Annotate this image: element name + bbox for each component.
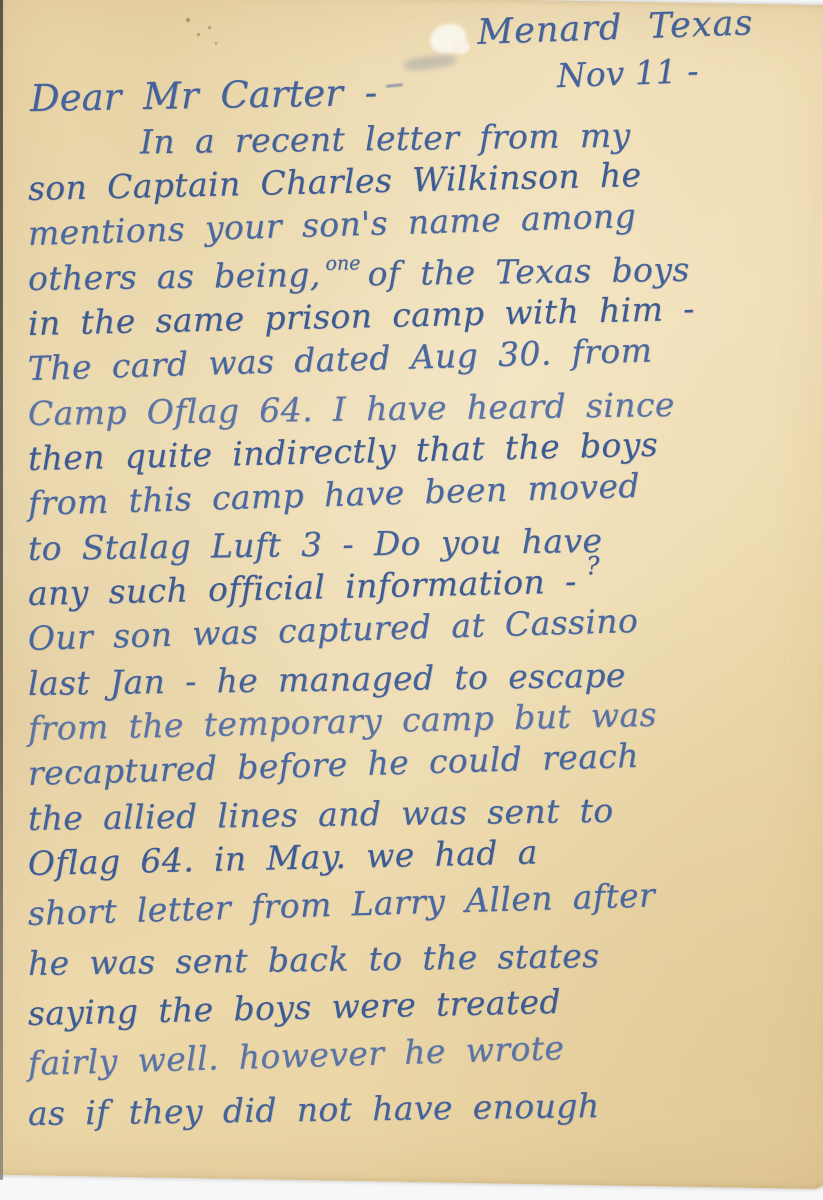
- line-text: of the Texas boys: [367, 250, 690, 293]
- line-text: others as being,: [28, 255, 321, 298]
- letter-salutation: Dear Mr Carter -: [30, 71, 378, 120]
- inserted-word-above-caret: one: [325, 252, 360, 274]
- letter-date: Nov 11 -: [556, 49, 755, 95]
- raised-question-mark: ?: [586, 551, 600, 580]
- letter-dateline: Menard Texas Nov 11 -: [477, 3, 756, 98]
- letter-content: Menard Texas Nov 11 - Dear Mr Carter - I…: [0, 0, 823, 1200]
- letter-body: In a recent letter from my son Captain C…: [28, 124, 808, 1144]
- letter-place: Menard Texas: [477, 3, 754, 53]
- letter-line: as if they did not have enough: [28, 1083, 809, 1144]
- scanned-letter-page: Menard Texas Nov 11 - Dear Mr Carter - I…: [0, 0, 823, 1200]
